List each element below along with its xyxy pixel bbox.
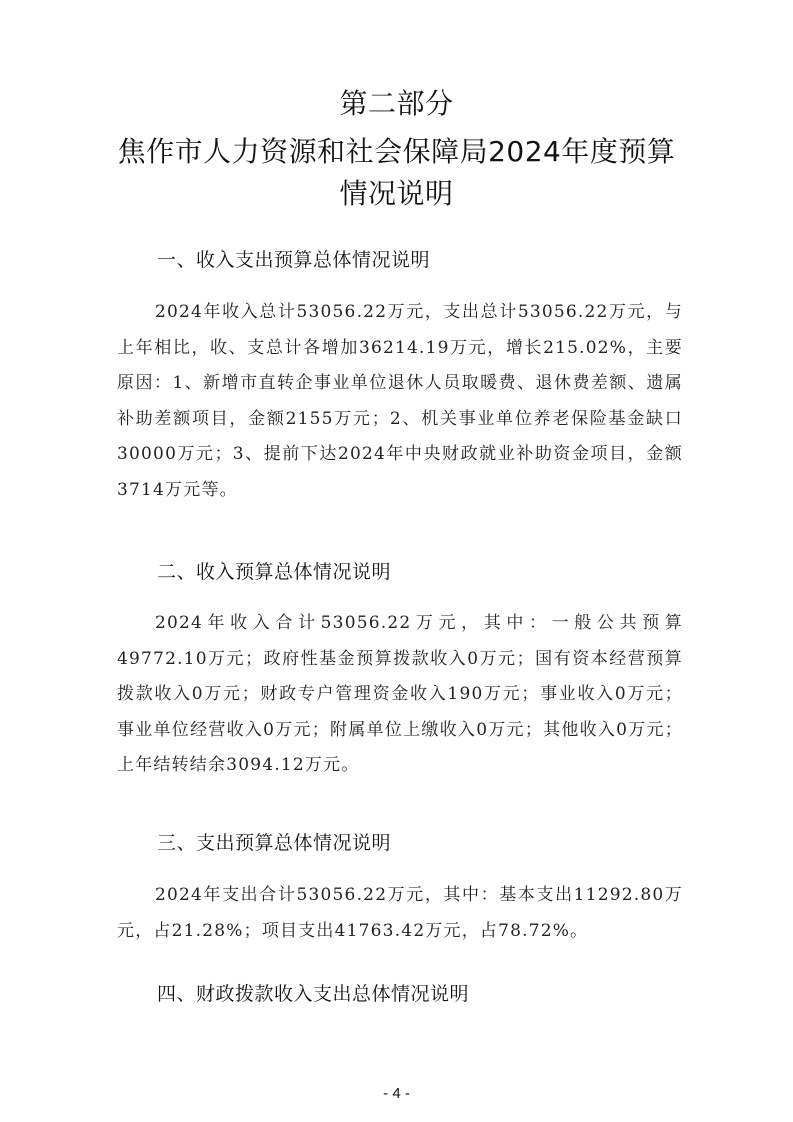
document-subtitle: 情况说明 (0, 172, 793, 216)
section-body-2: 2024年收入合计53056.22万元，其中：一般公共预算49772.10万元；… (117, 606, 683, 784)
document-page: 第二部分 焦作市人力资源和社会保障局2024年度预算 情况说明 一、收入支出预算… (0, 0, 793, 1122)
section-body-1: 2024年收入总计53056.22万元，支出总计53056.22万元，与上年相比… (117, 295, 683, 508)
section-heading-2: 二、收入预算总体情况说明 (157, 558, 391, 586)
section-body-3: 2024年支出合计53056.22万元，其中：基本支出11292.80万元，占2… (117, 878, 683, 949)
section-heading-3: 三、支出预算总体情况说明 (157, 829, 391, 857)
section-heading-1: 一、收入支出预算总体情况说明 (157, 246, 430, 274)
section-heading-4: 四、财政拨款收入支出总体情况说明 (157, 980, 469, 1008)
part-title: 第二部分 (0, 82, 793, 126)
page-number: - 4 - (0, 1085, 793, 1102)
document-title: 焦作市人力资源和社会保障局2024年度预算 (0, 130, 793, 174)
